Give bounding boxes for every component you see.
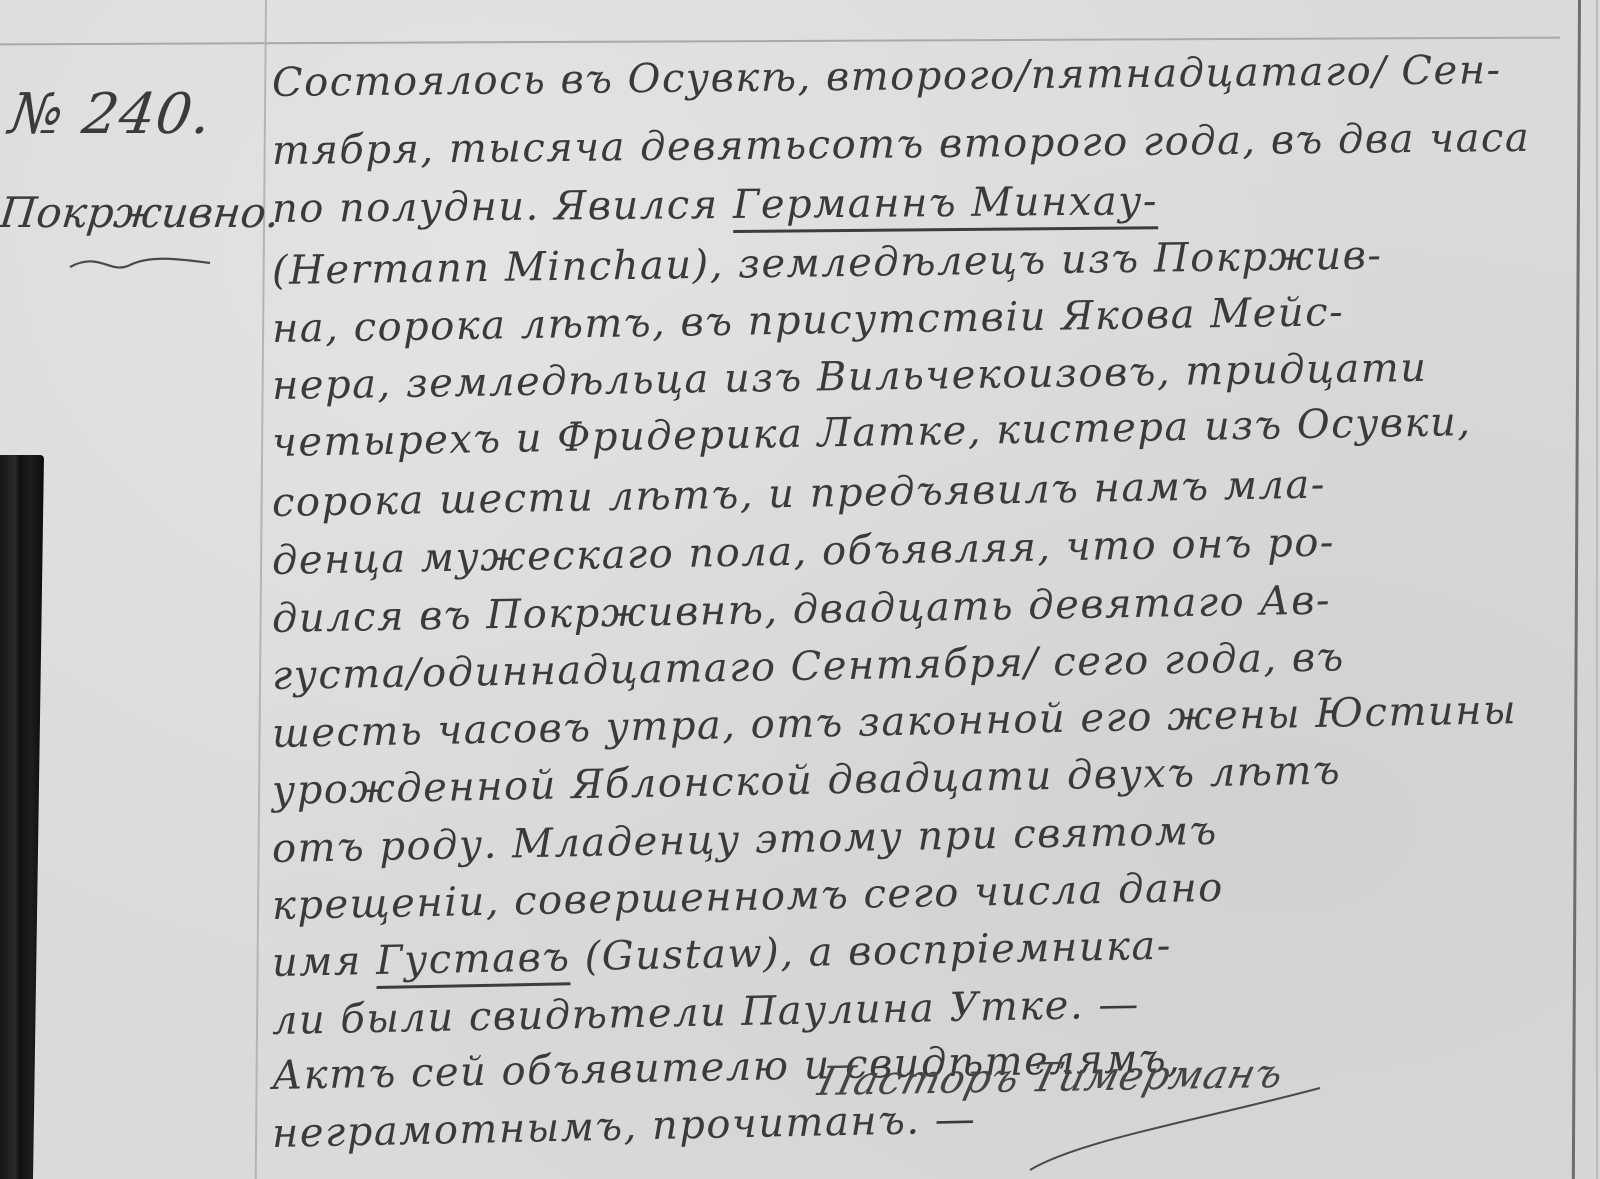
- record-line: тября, тысяча девятьсотъ второго года, в…: [272, 115, 1531, 174]
- record-line: Состоялось въ Осувкѣ, второго/пятнадцата…: [272, 47, 1502, 106]
- record-line: сорока шести лѣтъ, и предъявилъ намъ мла…: [272, 462, 1327, 526]
- record-line: крещеніи, совершенномъ сего числа дано: [272, 865, 1225, 929]
- scanned-register-page: № 240. Покрживно. Состоялось въ Осувкѣ, …: [0, 0, 1600, 1179]
- signature-flourish-icon: [1020, 1080, 1340, 1179]
- record-line-text: по полудни. Явился: [272, 182, 719, 232]
- record-line: четырехъ и Фридерика Латке, кистера изъ …: [272, 399, 1472, 466]
- father-name-underlined: Германнъ Минхау-: [733, 178, 1158, 233]
- record-line: дился въ Покрживнѣ, двадцать девятаго Ав…: [272, 578, 1332, 642]
- right-border-line: [1572, 0, 1581, 1179]
- record-line: густа/одиннадцатаго Сентября/ сего года,…: [272, 634, 1346, 699]
- record-line: (Hermann Minchau), земледѣлецъ изъ Покрж…: [272, 232, 1383, 293]
- record-line: денца мужескаго пола, объявляя, что онъ …: [272, 519, 1336, 584]
- record-line: по полудни. Явился Германнъ Минхау-: [272, 178, 1158, 232]
- book-binding-edge: [0, 455, 44, 1179]
- act-number: № 240.: [5, 82, 216, 147]
- record-line: на, сорока лѣтъ, въ присутствіи Якова Ме…: [272, 289, 1345, 352]
- record-line: нера, земледѣльца изъ Вильчекоизовъ, три…: [272, 345, 1428, 409]
- record-line: имя Густавъ (Gustaw), а воспріемника-: [272, 923, 1173, 986]
- child-name-underlined: Густавъ: [376, 934, 571, 989]
- left-margin-line: [255, 0, 267, 1179]
- record-line-text: имя: [272, 938, 363, 986]
- top-ruled-line: [0, 37, 1560, 46]
- record-line: шесть часовъ утра, отъ законной его жены…: [272, 687, 1518, 757]
- record-line: неграмотнымъ, прочитанъ. —: [272, 1096, 977, 1157]
- right-page-edge: [1596, 0, 1598, 1179]
- record-line: отъ роду. Младенцу этому при святомъ: [272, 808, 1219, 872]
- village-name: Покрживно.: [0, 188, 282, 237]
- record-line: урожденной Яблонской двадцати двухъ лѣтъ: [272, 747, 1342, 814]
- flourish-icon: [60, 245, 220, 273]
- record-line: ли были свидѣтели Паулина Утке. —: [272, 981, 1141, 1044]
- record-line-text: (Gustaw), а воспріемника-: [584, 923, 1172, 980]
